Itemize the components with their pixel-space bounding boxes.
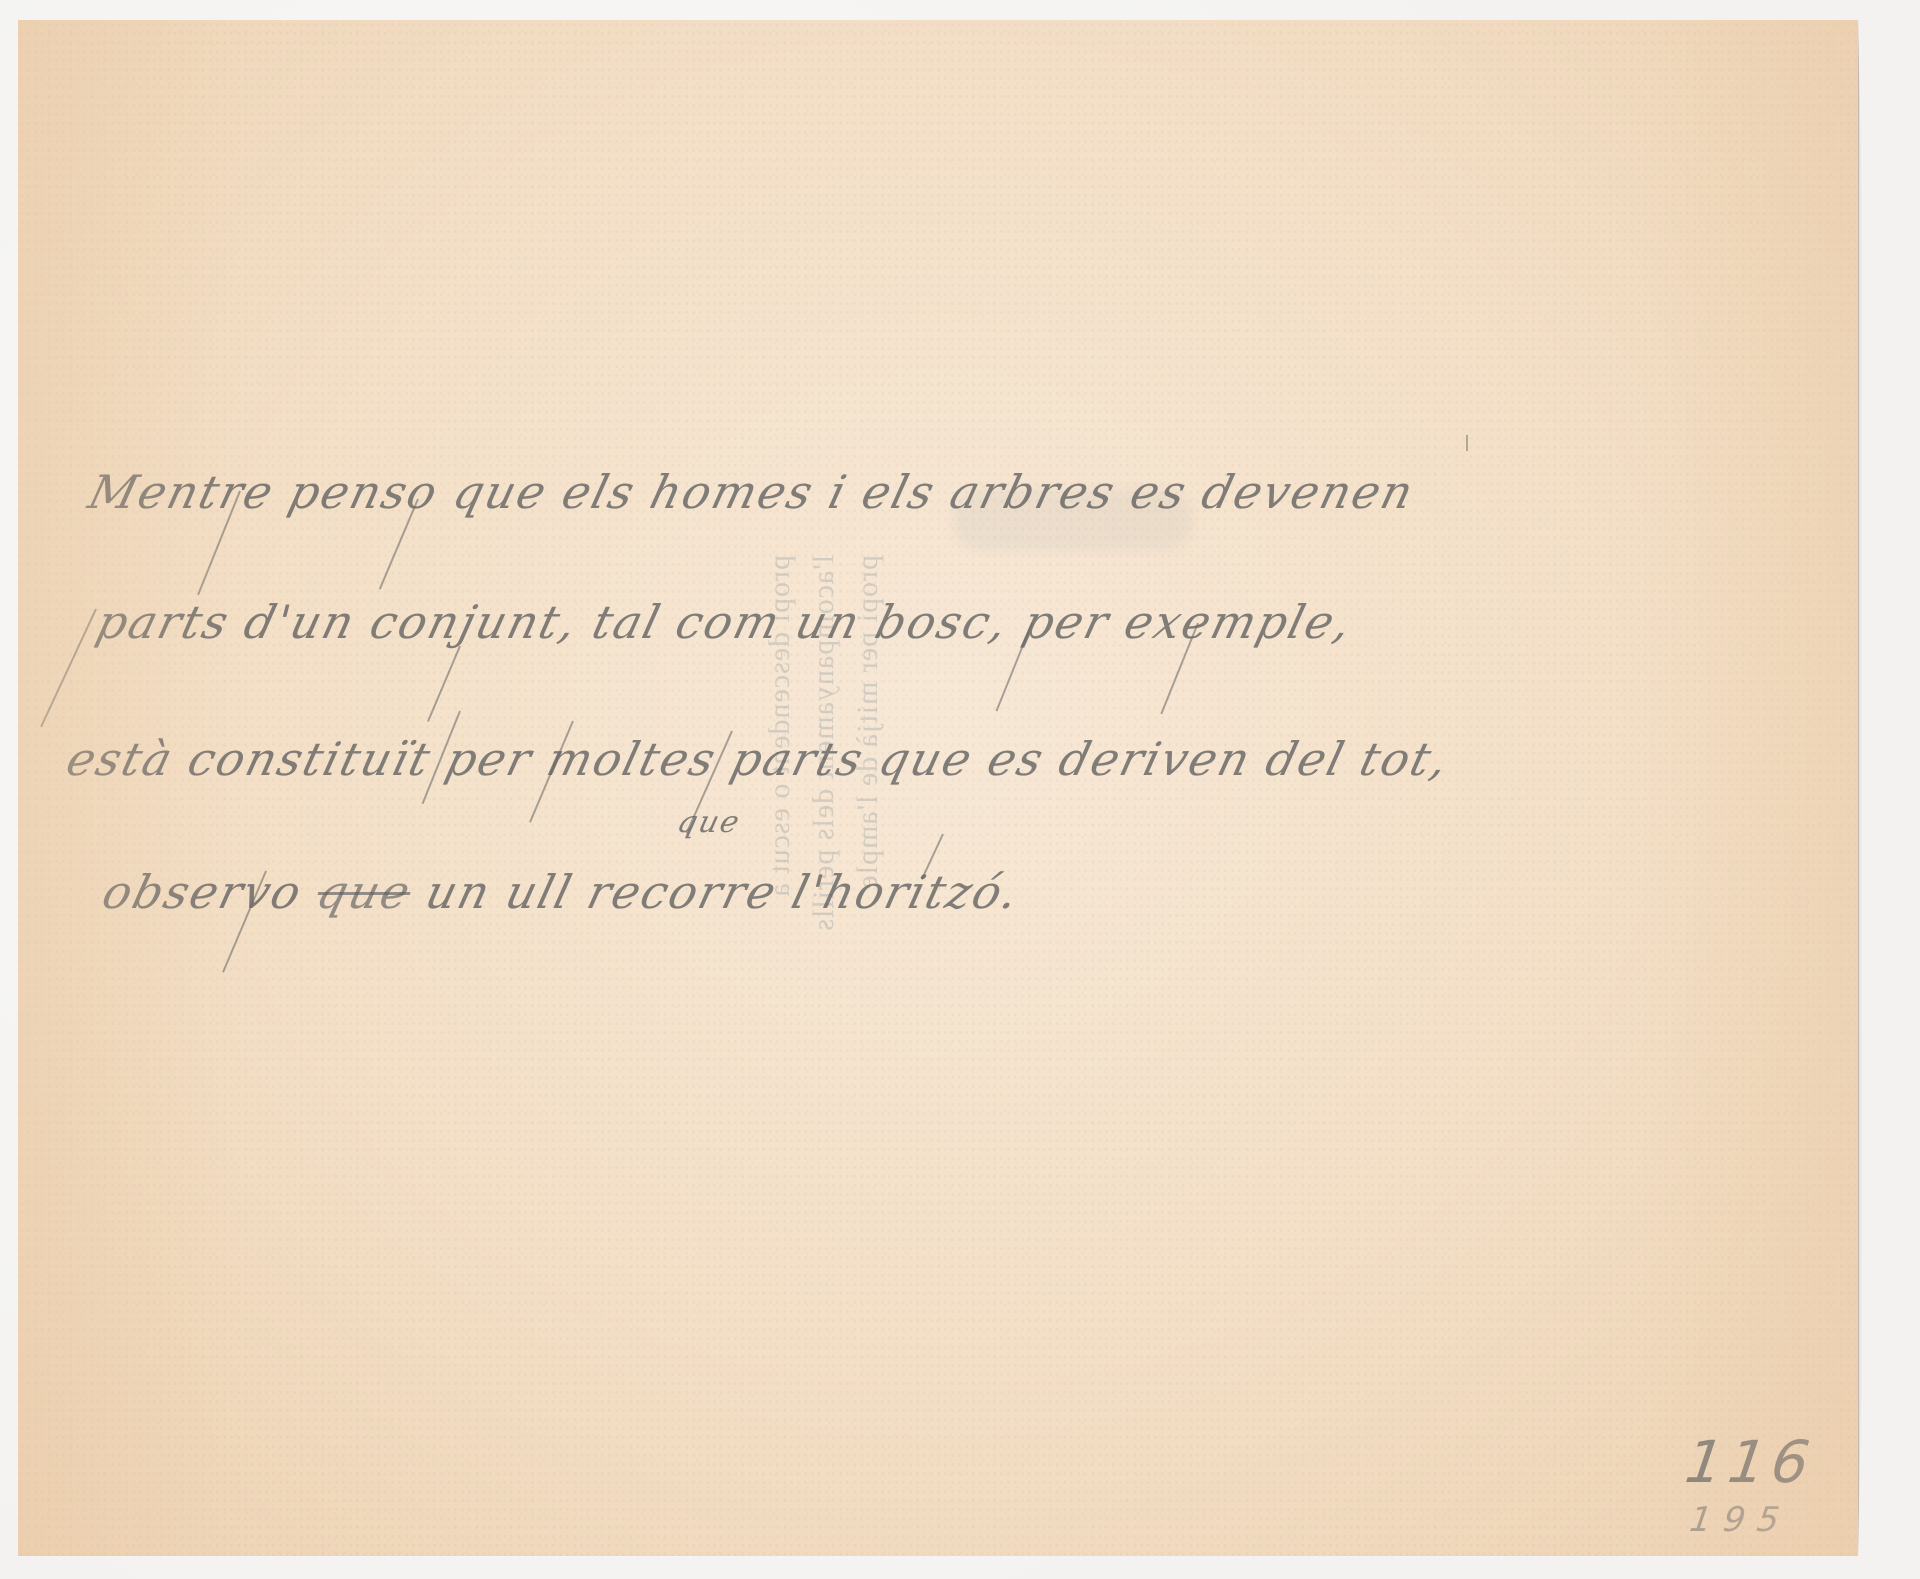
- struck-out-word: que: [312, 865, 418, 919]
- secondary-number: 195: [1687, 1500, 1794, 1540]
- descender-stroke: [427, 646, 461, 722]
- line-4-end: un ull recorre l'horitzó.: [404, 865, 1026, 919]
- manuscript-page: propi descendent o escut a l'acompanyame…: [18, 20, 1858, 1556]
- line-4-start: observo: [97, 865, 325, 919]
- handwritten-line-2: parts d'un conjunt, tal com un bosc, per…: [91, 595, 1358, 649]
- page-number: 116: [1681, 1428, 1819, 1496]
- handwritten-line-3: està constituït per moltes parts que es …: [61, 732, 1455, 786]
- inserted-correction: que: [674, 805, 745, 840]
- pencil-mark: [1466, 435, 1468, 451]
- handwritten-line-1: Mentre penso que els homes i els arbres …: [83, 465, 1420, 519]
- descender-stroke: [40, 609, 97, 728]
- handwritten-line-4: observo que un ull recorre l'horitzó.: [97, 865, 1025, 919]
